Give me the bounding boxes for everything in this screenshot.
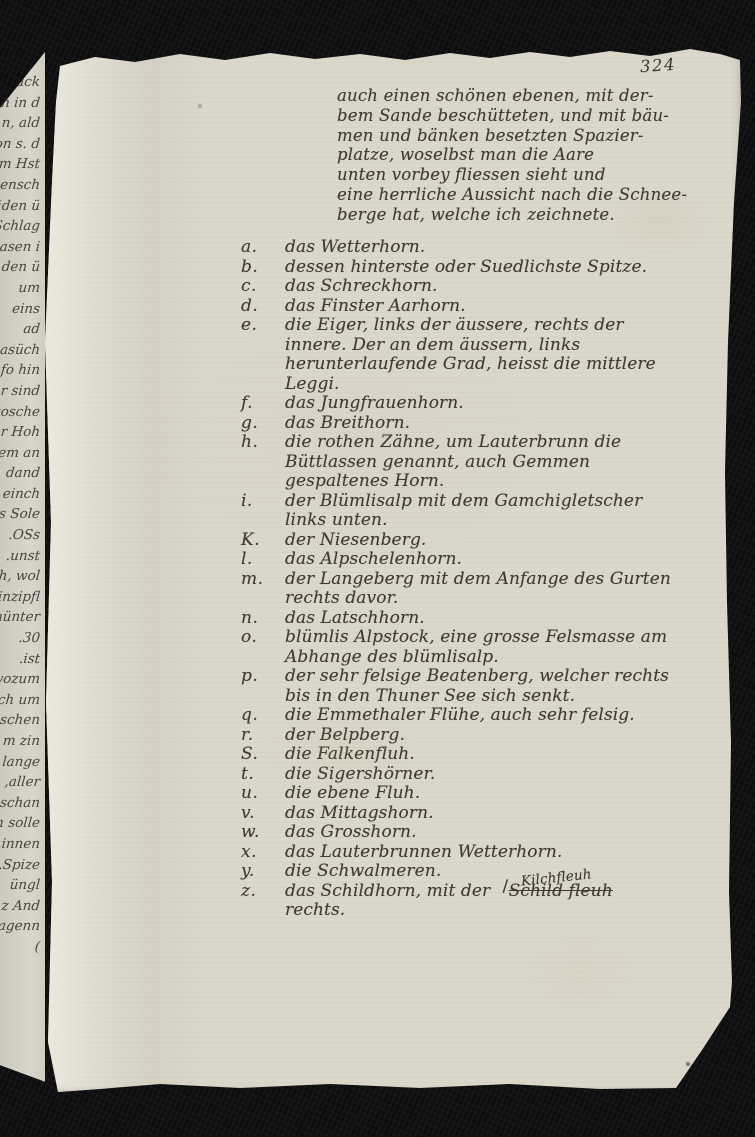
list-item-text: das Alpschelenhorn. [285,550,675,570]
margin-fragment: innen, [0,834,46,855]
list-item: p.der sehr felsige Beatenberg, welcher r… [241,667,703,706]
list-item-text: der Niesenberg. [285,531,675,551]
peak-list: a.das Wetterhorn.b.dessen hinterste oder… [241,238,703,921]
list-item-text: die Emmethaler Flühe, auch sehr felsig. [285,706,675,726]
list-item: K.der Niesenberg. [241,531,703,551]
list-item-letter: n. [241,609,285,629]
margin-fragment: schan. [0,793,46,814]
margin-fragment: Schlag [0,216,46,237]
margin-fragment: iden ü [0,196,46,217]
list-item-letter: q. [241,706,285,726]
list-item: e.die Eiger, links der äussere, rechts d… [241,316,703,394]
list-item-letter: g. [241,414,285,434]
list-item: u.die ebene Fluh. [241,784,703,804]
margin-fragment: ad [0,319,46,340]
margin-fragment: schen [0,710,46,731]
list-item: l.das Alpschelenhorn. [241,550,703,570]
list-item: f.das Jungfrauenhorn. [241,394,703,414]
paragraph-line: bem Sande beschütteten, und mit bäu- [337,106,742,126]
margin-fragment: dasüch [0,340,46,361]
margin-fragment: üngl [0,875,46,896]
list-item-text: die Schwalmeren. [285,862,675,882]
manuscript-page: 324 auch einen schönen ebenen, mit der-b… [40,42,742,1094]
list-item: y.die Schwalmeren. [241,862,703,882]
list-item: d.das Finster Aarhorn. [241,297,703,317]
margin-fragment: den ü [0,257,46,278]
list-item-letter: l. [241,550,285,570]
list-item-letter: y. [241,862,285,882]
margin-fragment: dand [0,463,46,484]
margin-fragment: aller, [0,772,46,793]
list-item-text: das Wetterhorn. [285,238,675,258]
margin-fragment: einch [0,484,46,505]
margin-fragment: einzipfl [0,587,46,608]
page-number: 324 [639,55,676,76]
list-item: S.die Falkenfluh. [241,745,703,765]
list-item: g.das Breithorn. [241,414,703,434]
margin-fragment: em an [0,443,46,464]
list-item: c.das Schreckhorn. [241,277,703,297]
list-item-letter: p. [241,667,285,687]
margin-fragment: dem Hst [0,154,46,175]
list-item: x.das Lauterbrunnen Wetterhorn. [241,843,703,863]
margin-fragment: s Sole [0,504,46,525]
list-item-letter: m. [241,570,285,590]
list-item-text: das Mittagshorn. [285,804,675,824]
list-item-letter: t. [241,765,285,785]
photographed-manuscript: d bücklen in dn, aldron s. ddem Hstüensc… [0,0,755,1137]
list-item-letter: w. [241,823,285,843]
list-item-letter: u. [241,784,285,804]
margin-fragment: münter [0,607,46,628]
list-item-letter: r. [241,726,285,746]
list-item-text: der Belpberg. [285,726,675,746]
list-item-letter: x. [241,843,285,863]
margin-fragment: unst. [0,546,46,567]
list-item: w.das Grosshorn. [241,823,703,843]
list-item-text: der Langeberg mit dem Anfange des Gurten… [285,570,675,609]
list-item-letter: h. [241,433,285,453]
margin-fragment: len in d [0,93,46,114]
list-item: n.das Latschhorn. [241,609,703,629]
list-item-letter: a. [241,238,285,258]
list-item-letter: c. [241,277,285,297]
paragraph-line: berge hat, welche ich zeichnete. [337,205,742,225]
margin-fragment: Spize. [0,855,46,876]
list-item-text: das Breithorn. [285,414,675,434]
margin-text-fragments: d bücklen in dn, aldron s. ddem Hstüensc… [0,46,45,958]
list-item-letter: d. [241,297,285,317]
list-item: b.dessen hinterste oder Suedlichste Spit… [241,258,703,278]
list-item-text: das Latschhorn. [285,609,675,629]
margin-fragment: ) [0,937,46,958]
list-item: q.die Emmethaler Flühe, auch sehr felsig… [241,706,703,726]
margin-fragment: üch um [0,690,46,711]
list-item-text: das Finster Aarhorn. [285,297,675,317]
margin-fragment: der Hoh [0,422,46,443]
list-item-letter: S. [241,745,285,765]
list-item-text: das Schildhorn, mit der \KilchfleuhSchil… [285,882,675,921]
margin-fragment: eins [0,299,46,320]
margin-fragment: lange [0,752,46,773]
list-item: m.der Langeberg mit dem Anfange des Gurt… [241,570,703,609]
list-item-letter: e. [241,316,285,336]
list-item-text-continuation: rechts. [285,900,345,920]
margin-fragment: h, wol. [0,566,46,587]
margin-fragment: d bück [0,72,46,93]
list-item-letter: o. [241,628,285,648]
opening-paragraph: auch einen schönen ebenen, mit der-bem S… [337,86,742,225]
list-item-text: der Blümlisalp mit dem Gamchigletscher l… [285,492,675,531]
list-item-text: die Falkenfluh. [285,745,675,765]
paragraph-line: auch einen schönen ebenen, mit der- [337,86,742,106]
list-item: r.der Belpberg. [241,726,703,746]
list-item-text: das Schreckhorn. [285,277,675,297]
list-item-text: der sehr felsige Beatenberg, welcher rec… [285,667,675,706]
margin-fragment: ron s. d [0,134,46,155]
margin-fragment: r sind [0,381,46,402]
paragraph-line: unten vorbey fliessen sieht und [337,165,742,185]
margin-fragment: OSs. [0,525,46,546]
list-item-text: das Jungfrauenhorn. [285,394,675,414]
list-item: z.das Schildhorn, mit der \KilchfleuhSch… [241,882,703,921]
list-item-letter: b. [241,258,285,278]
list-item: i.der Blümlisalp mit dem Gamchigletscher… [241,492,703,531]
margin-fragment: dasen i [0,237,46,258]
list-item-text: blümlis Alpstock, eine grosse Felsmasse … [285,628,675,667]
list-item-letter: z. [241,882,285,902]
paragraph-line: platze, woselbst man die Aare [337,145,742,165]
list-item-text: die Eiger, links der äussere, rechts der… [285,316,675,394]
list-item-text: das Grosshorn. [285,823,675,843]
margin-fragment: n, ald [0,113,46,134]
list-item-text: die ebene Fluh. [285,784,675,804]
list-item-text: dessen hinterste oder Suedlichste Spitze… [285,258,675,278]
list-item-text: die rothen Zähne, um Lauterbrunn die Büt… [285,433,675,492]
margin-fragment: 30. [0,628,46,649]
margin-fragment: dh solle [0,813,46,834]
list-item-text: die Sigershörner. [285,765,675,785]
paragraph-line: men und bänken besetzten Spazier- [337,126,742,146]
list-item: v.das Mittagshorn. [241,804,703,824]
margin-fragment: um [0,278,46,299]
list-item-letter: i. [241,492,285,512]
list-item-letter: K. [241,531,285,551]
margin-fragment: üensch [0,175,46,196]
list-item: t.die Sigershörner. [241,765,703,785]
list-item: h.die rothen Zähne, um Lauterbrunn die B… [241,433,703,492]
margin-fragment: ist. [0,649,46,670]
margin-fragment: fo hin [0,360,46,381]
list-item-text: das Lauterbrunnen Wetterhorn. [285,843,675,863]
list-item: o.blümlis Alpstock, eine grosse Felsmass… [241,628,703,667]
margin-fragment: wosche [0,402,46,423]
paragraph-line: eine herrliche Aussicht nach die Schnee- [337,185,742,205]
correction-group: KilchfleuhSchild fleuh [509,882,613,902]
facing-page-edge: d bücklen in dn, aldron s. ddem Hstüensc… [0,46,45,1088]
list-item: a.das Wetterhorn. [241,238,703,258]
margin-fragment: agenn [0,916,46,937]
list-item-letter: v. [241,804,285,824]
margin-fragment: z And [0,896,46,917]
list-item-letter: f. [241,394,285,414]
margin-fragment: m zin [0,731,46,752]
margin-fragment: wozum [0,669,46,690]
